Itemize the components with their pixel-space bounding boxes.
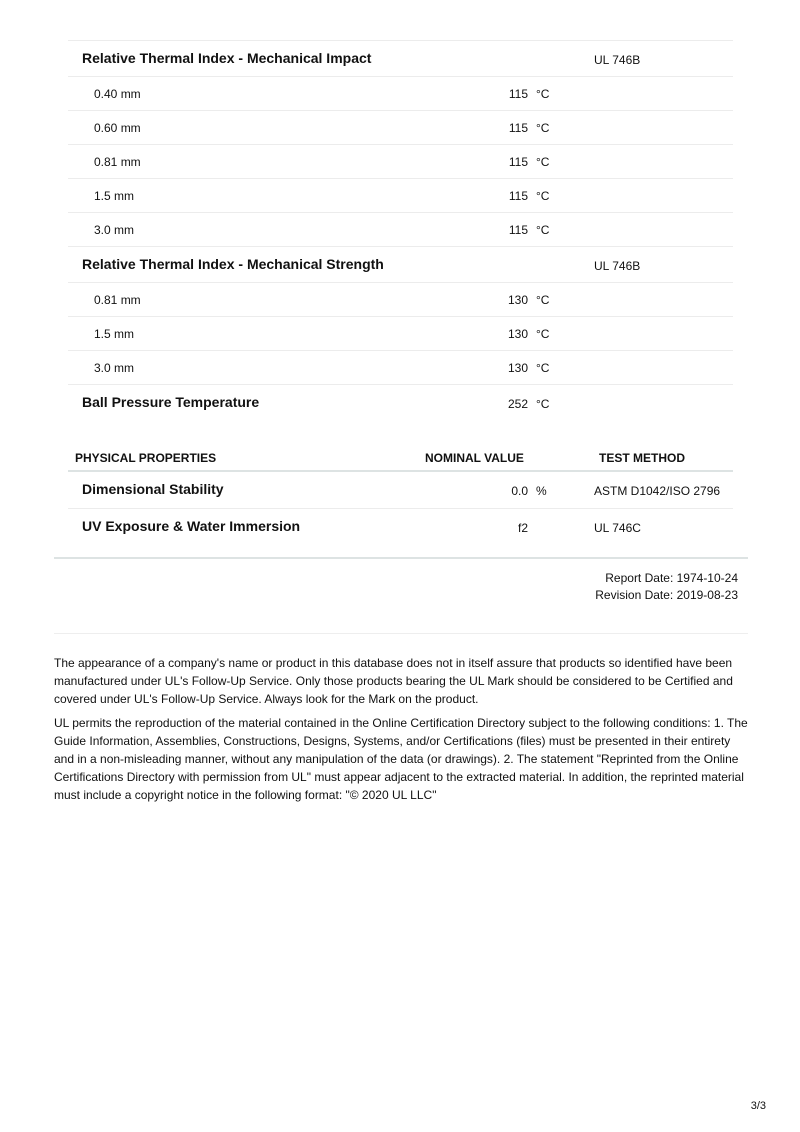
table-row: 0.60 mm 115 °C xyxy=(68,110,733,144)
table-row: 3.0 mm 115 °C xyxy=(68,212,733,246)
table-row: 0.40 mm 115 °C xyxy=(68,76,733,110)
unit: °C xyxy=(536,223,549,237)
test-method: UL 746B xyxy=(594,53,640,67)
rti-strength-header: Relative Thermal Index - Mechanical Stre… xyxy=(68,246,733,282)
table-row: 0.81 mm 115 °C xyxy=(68,144,733,178)
thickness: 0.81 mm xyxy=(94,293,141,307)
column-header-method: TEST METHOD xyxy=(599,451,685,465)
section-divider xyxy=(54,633,748,634)
thermal-table: Relative Thermal Index - Mechanical Impa… xyxy=(68,40,733,420)
thickness: 1.5 mm xyxy=(94,327,134,341)
value: 252 xyxy=(508,397,528,411)
test-method: UL 746C xyxy=(594,521,641,535)
thickness: 1.5 mm xyxy=(94,189,134,203)
value: 115 xyxy=(509,223,528,237)
value: 115 xyxy=(509,155,528,169)
unit: °C xyxy=(536,327,549,341)
value: 130 xyxy=(508,361,528,375)
unit: °C xyxy=(536,293,549,307)
table-row: 1.5 mm 130 °C xyxy=(68,316,733,350)
table-row: 1.5 mm 115 °C xyxy=(68,178,733,212)
table-row: UV Exposure & Water Immersion f2 UL 746C xyxy=(68,508,733,545)
ball-pressure-row: Ball Pressure Temperature 252 °C xyxy=(68,384,733,420)
property-name: Relative Thermal Index - Mechanical Stre… xyxy=(82,256,384,272)
column-header-value: NOMINAL VALUE xyxy=(425,451,524,465)
unit: °C xyxy=(536,397,549,411)
unit: % xyxy=(536,484,547,498)
thickness: 0.40 mm xyxy=(94,87,141,101)
table-row: 0.81 mm 130 °C xyxy=(68,282,733,316)
property-name: UV Exposure & Water Immersion xyxy=(82,518,300,534)
section-divider xyxy=(54,557,748,559)
report-date: Report Date: 1974-10-24 xyxy=(595,570,738,587)
value: f2 xyxy=(518,521,528,535)
value: 130 xyxy=(508,293,528,307)
unit: °C xyxy=(536,155,549,169)
property-name: Dimensional Stability xyxy=(82,481,224,497)
unit: °C xyxy=(536,189,549,203)
rti-impact-header: Relative Thermal Index - Mechanical Impa… xyxy=(68,40,733,76)
unit: °C xyxy=(536,361,549,375)
column-header-property: PHYSICAL PROPERTIES xyxy=(75,451,216,465)
value: 115 xyxy=(509,87,528,101)
revision-date: Revision Date: 2019-08-23 xyxy=(595,587,738,604)
thickness: 3.0 mm xyxy=(94,223,134,237)
table-row: Dimensional Stability 0.0 % ASTM D1042/I… xyxy=(68,472,733,508)
test-method: UL 746B xyxy=(594,259,640,273)
unit: °C xyxy=(536,121,549,135)
value: 115 xyxy=(509,121,528,135)
property-name: Ball Pressure Temperature xyxy=(82,394,259,410)
test-method: ASTM D1042/ISO 2796 xyxy=(594,484,720,498)
value: 130 xyxy=(508,327,528,341)
disclaimer-paragraph-1: The appearance of a company's name or pr… xyxy=(54,654,748,708)
property-name: Relative Thermal Index - Mechanical Impa… xyxy=(82,50,371,66)
physical-table: Dimensional Stability 0.0 % ASTM D1042/I… xyxy=(68,472,733,545)
table-row: 3.0 mm 130 °C xyxy=(68,350,733,384)
physical-properties-header: PHYSICAL PROPERTIES NOMINAL VALUE TEST M… xyxy=(68,450,733,472)
disclaimer-paragraph-2: UL permits the reproduction of the mater… xyxy=(54,714,748,804)
page-number: 3/3 xyxy=(751,1100,766,1112)
thickness: 3.0 mm xyxy=(94,361,134,375)
value: 115 xyxy=(509,189,528,203)
value: 0.0 xyxy=(511,484,528,498)
thickness: 0.81 mm xyxy=(94,155,141,169)
thickness: 0.60 mm xyxy=(94,121,141,135)
report-dates: Report Date: 1974-10-24 Revision Date: 2… xyxy=(595,570,738,604)
unit: °C xyxy=(536,87,549,101)
